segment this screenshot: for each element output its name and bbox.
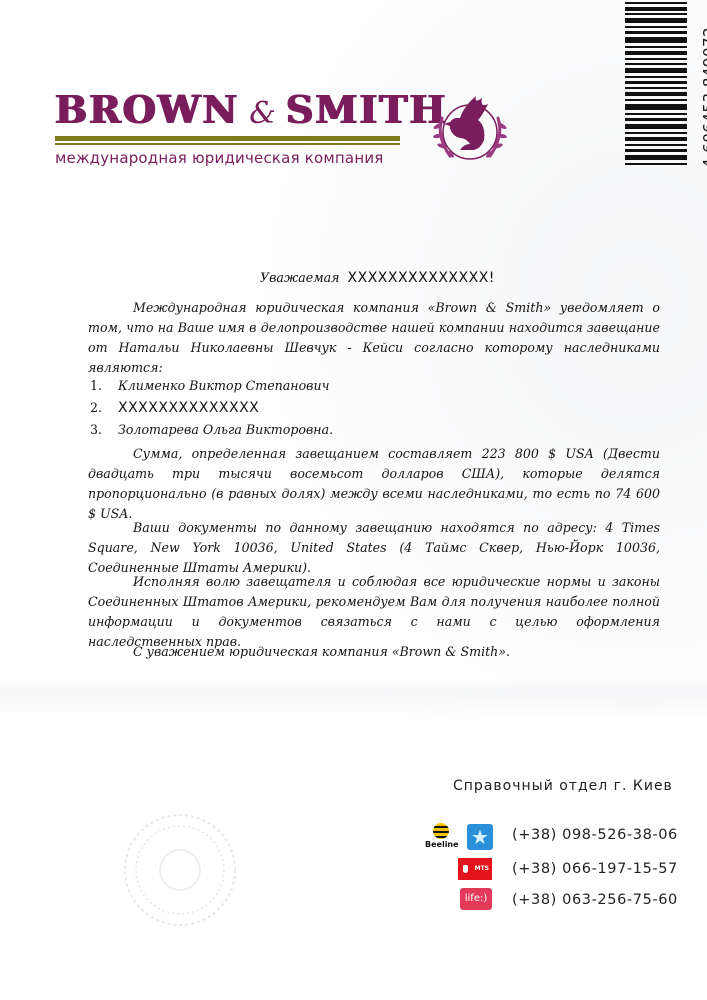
paragraph-amount: Сумма, определенная завещанием составляе… bbox=[88, 444, 660, 524]
heir-item: 3.Золотарева Ольга Викторовна. bbox=[90, 419, 333, 441]
contacts-title: Справочный отдел г. Киев bbox=[453, 778, 673, 794]
barcode bbox=[625, 0, 705, 168]
beeline-logo-icon: Beeline bbox=[425, 823, 457, 853]
paragraph-address: Ваши документы по данному завещанию нахо… bbox=[88, 518, 660, 578]
salutation-word: Уважаемая bbox=[260, 270, 340, 285]
salutation: УважаемаяXXXXXXXXXXXXXX! bbox=[260, 270, 495, 286]
heir-number: 2. bbox=[90, 397, 118, 419]
logo-divider-thick bbox=[55, 136, 400, 141]
phone-number-life[interactable]: (+38) 063-256-75-60 bbox=[512, 892, 678, 908]
heir-name-masked: XXXXXXXXXXXXXX bbox=[118, 400, 259, 416]
company-logo-wordmark: BROWN&SMITH bbox=[55, 88, 447, 136]
heir-name: Клименко Виктор Степанович bbox=[118, 378, 329, 393]
heirs-list: 1.Клименко Виктор Степанович 2.XXXXXXXXX… bbox=[90, 375, 333, 441]
beeline-ball-icon bbox=[433, 823, 449, 839]
logo-brown: BROWN bbox=[55, 87, 239, 132]
phone-number-mts[interactable]: (+38) 066-197-15-57 bbox=[512, 861, 678, 877]
paragraph-notice: Международная юридическая компания «Brow… bbox=[88, 298, 660, 378]
griffin-laurel-icon bbox=[420, 88, 520, 168]
mts-logo-icon: MTS bbox=[458, 858, 492, 880]
life-logo-icon: life:) bbox=[460, 888, 492, 910]
heir-item: 1.Клименко Виктор Степанович bbox=[90, 375, 333, 397]
recipient-name-masked: XXXXXXXXXXXXXX! bbox=[348, 270, 495, 286]
barcode-number: 4 606453 849072 bbox=[700, 27, 707, 168]
embossed-seal-icon bbox=[110, 805, 250, 935]
heir-name: Золотарева Ольга Викторовна. bbox=[118, 422, 333, 437]
logo-divider-thin bbox=[55, 143, 400, 145]
heir-number: 3. bbox=[90, 419, 118, 441]
phone-number-kyivstar[interactable]: (+38) 098-526-38-06 bbox=[512, 827, 678, 843]
logo-ampersand: & bbox=[249, 96, 276, 131]
closing-signature: С уважением юридическая компания «Brown … bbox=[88, 642, 660, 662]
paragraph-recommendation: Исполняя волю завещателя и соблюдая все … bbox=[88, 572, 660, 652]
logo-subtitle: международная юридическая компания bbox=[55, 149, 384, 167]
heir-number: 1. bbox=[90, 375, 118, 397]
beeline-label: Beeline bbox=[425, 840, 459, 849]
heir-item: 2.XXXXXXXXXXXXXX bbox=[90, 397, 333, 419]
kyivstar-logo-icon: ★ bbox=[467, 824, 493, 850]
